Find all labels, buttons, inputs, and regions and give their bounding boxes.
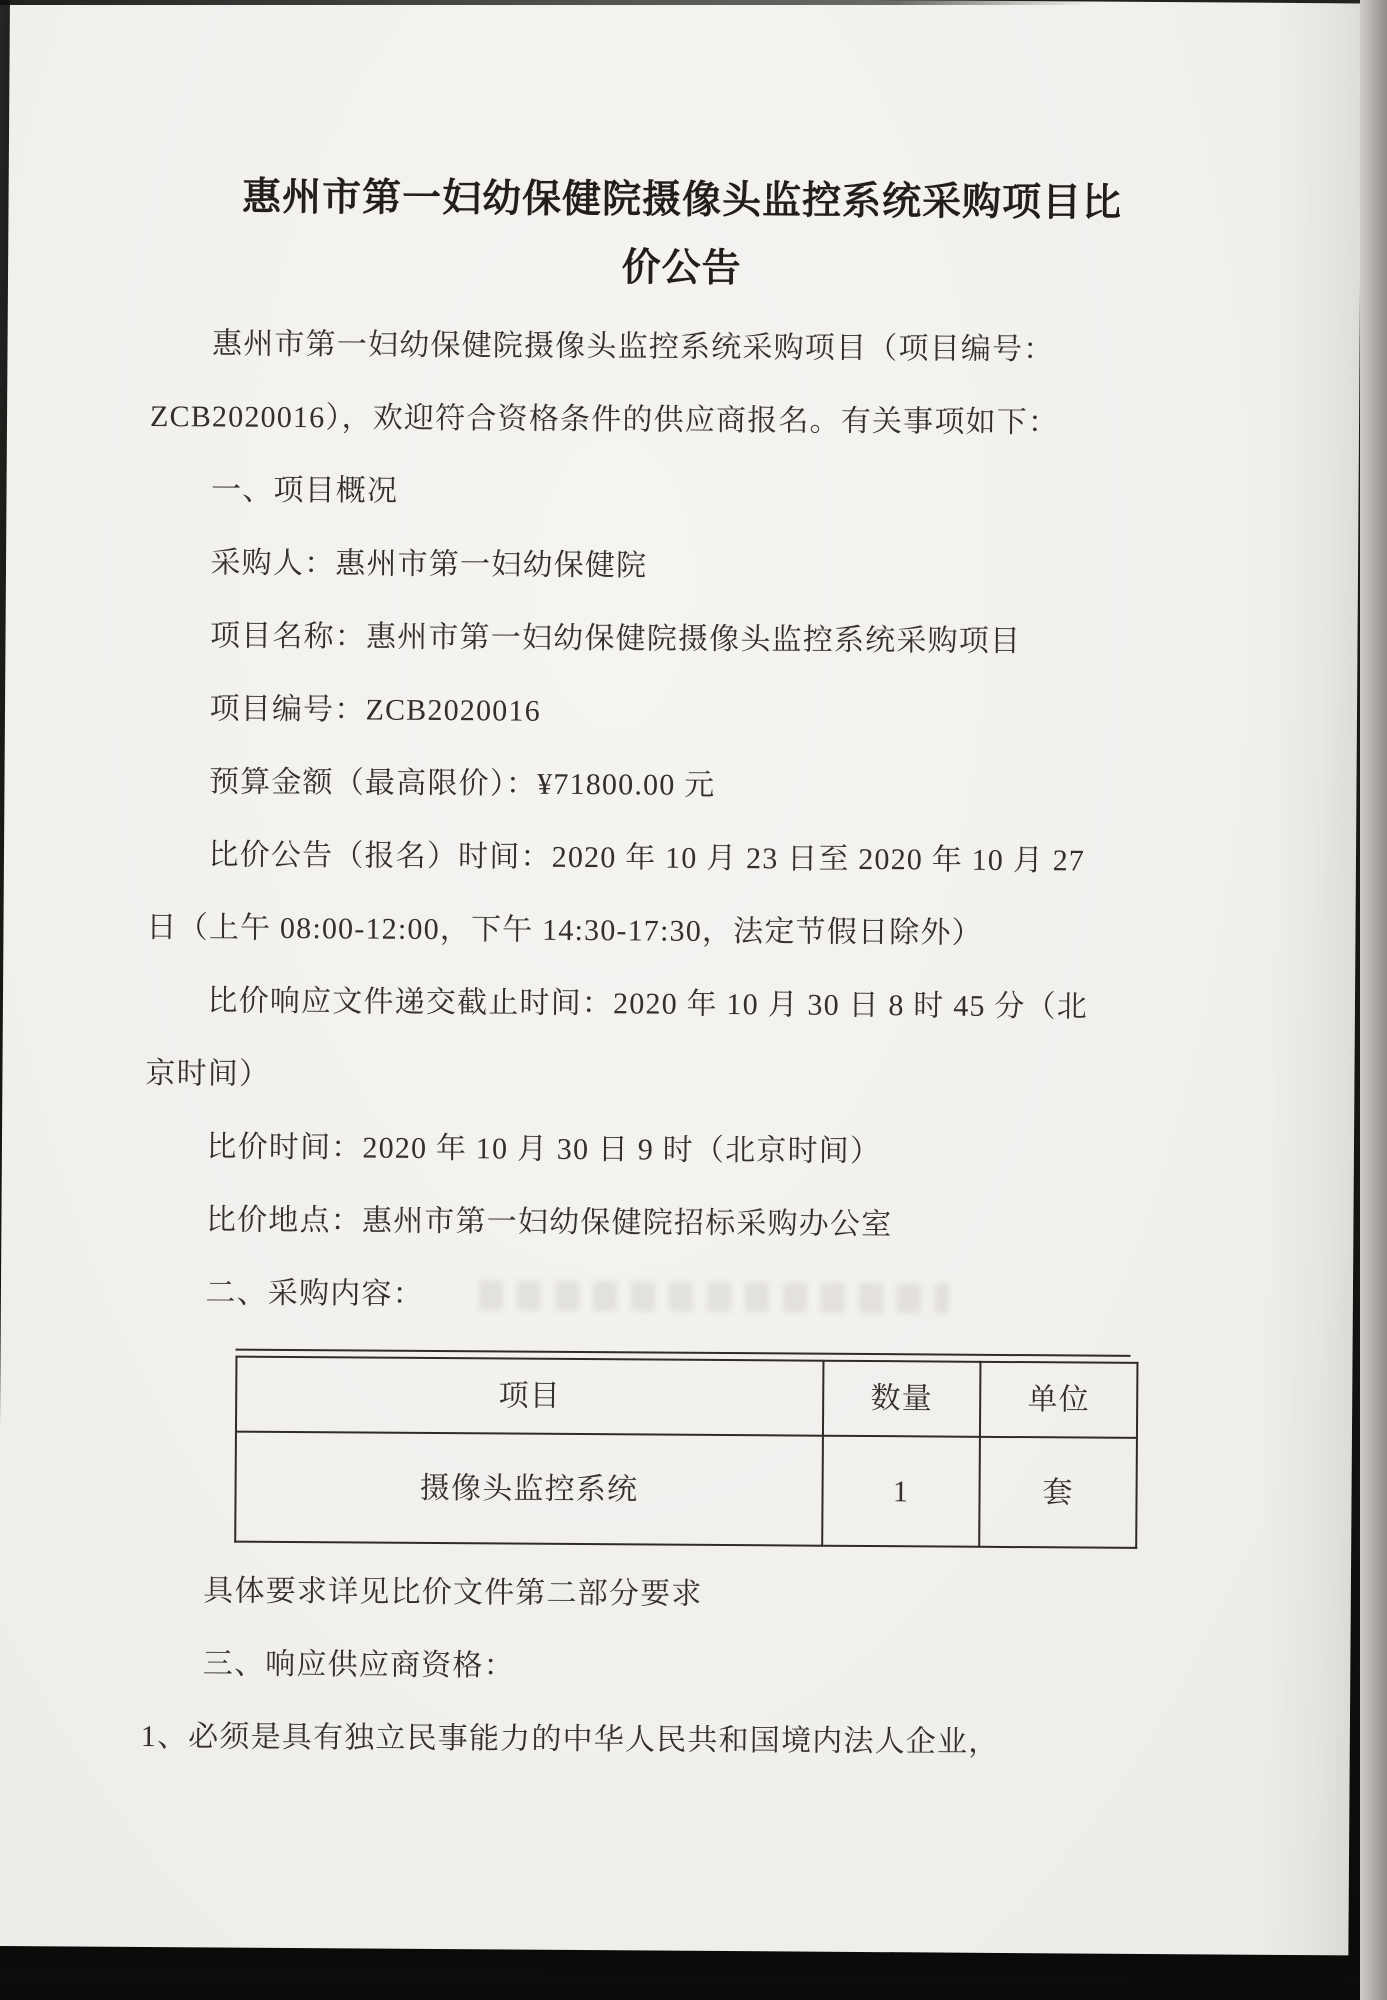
doc-line: 三、响应供应商资格： xyxy=(141,1627,1202,1707)
table-cell-unit: 套 xyxy=(979,1437,1137,1548)
doc-line: 一、项目概况 xyxy=(149,453,1210,533)
doc-line: 项目编号：ZCB2020016 xyxy=(148,672,1209,752)
scan-edge-top xyxy=(0,0,1092,5)
doc-line: 1、必须是具有独立民事能力的中华人民共和国境内法人企业， xyxy=(141,1700,1202,1780)
doc-line: 预算金额（最高限价）：¥71800.00 元 xyxy=(147,745,1208,825)
title-line-1: 惠州市第一妇幼保健院摄像头监控系统采购项目比 xyxy=(232,164,1132,238)
doc-line: 京时间） xyxy=(145,1037,1206,1117)
doc-line: ZCB2020016），欢迎符合资格条件的供应商报名。有关事项如下： xyxy=(150,380,1211,460)
document-body: 惠州市第一妇幼保健院摄像头监控系统采购项目（项目编号： ZCB2020016），… xyxy=(141,307,1212,1780)
document-body-after-table: 具体要求详见比价文件第二部分要求 三、响应供应商资格： 1、必须是具有独立民事能… xyxy=(141,1554,1204,1780)
table-header-row: 项目 数量 单位 xyxy=(236,1357,1138,1438)
doc-line: 二、采购内容： xyxy=(144,1256,1205,1336)
scan-edge-right xyxy=(1360,0,1387,2000)
doc-line: 比价公告（报名）时间：2020 年 10 月 23 日至 2020 年 10 月… xyxy=(147,818,1208,898)
doc-line: 具体要求详见比价文件第二部分要求 xyxy=(142,1554,1203,1634)
table-header-cell-unit: 单位 xyxy=(980,1362,1138,1438)
doc-line: 日（上午 08:00-12:00，下午 14:30-17:30，法定节假日除外） xyxy=(146,891,1207,971)
doc-line: 惠州市第一妇幼保健院摄像头监控系统采购项目（项目编号： xyxy=(150,307,1211,387)
document-title: 惠州市第一妇幼保健院摄像头监控系统采购项目比 价公告 xyxy=(231,164,1132,306)
table-cell-item: 摄像头监控系统 xyxy=(235,1432,823,1546)
procurement-table: 项目 数量 单位 摄像头监控系统 1 套 xyxy=(234,1356,1138,1549)
doc-line: 比价时间：2020 年 10 月 30 日 9 时（北京时间） xyxy=(145,1110,1206,1190)
table-row: 摄像头监控系统 1 套 xyxy=(235,1432,1137,1548)
table-header-cell-item: 项目 xyxy=(236,1357,824,1436)
procurement-table-wrap: 项目 数量 单位 摄像头监控系统 1 套 xyxy=(234,1356,1130,1549)
doc-line: 比价地点：惠州市第一妇幼保健院招标采购办公室 xyxy=(144,1183,1205,1263)
doc-line: 项目名称：惠州市第一妇幼保健院摄像头监控系统采购项目 xyxy=(148,599,1209,679)
title-line-2: 价公告 xyxy=(231,232,1131,306)
scan-background: 惠州市第一妇幼保健院摄像头监控系统采购项目比 价公告 惠州市第一妇幼保健院摄像头… xyxy=(0,0,1387,2000)
document-page: 惠州市第一妇幼保健院摄像头监控系统采购项目比 价公告 惠州市第一妇幼保健院摄像头… xyxy=(0,0,1362,1955)
table-cell-qty: 1 xyxy=(822,1436,980,1547)
doc-line: 比价响应文件递交截止时间：2020 年 10 月 30 日 8 时 45 分（北 xyxy=(146,964,1207,1044)
doc-line: 采购人：惠州市第一妇幼保健院 xyxy=(149,526,1210,606)
table-header-cell-qty: 数量 xyxy=(823,1361,981,1437)
